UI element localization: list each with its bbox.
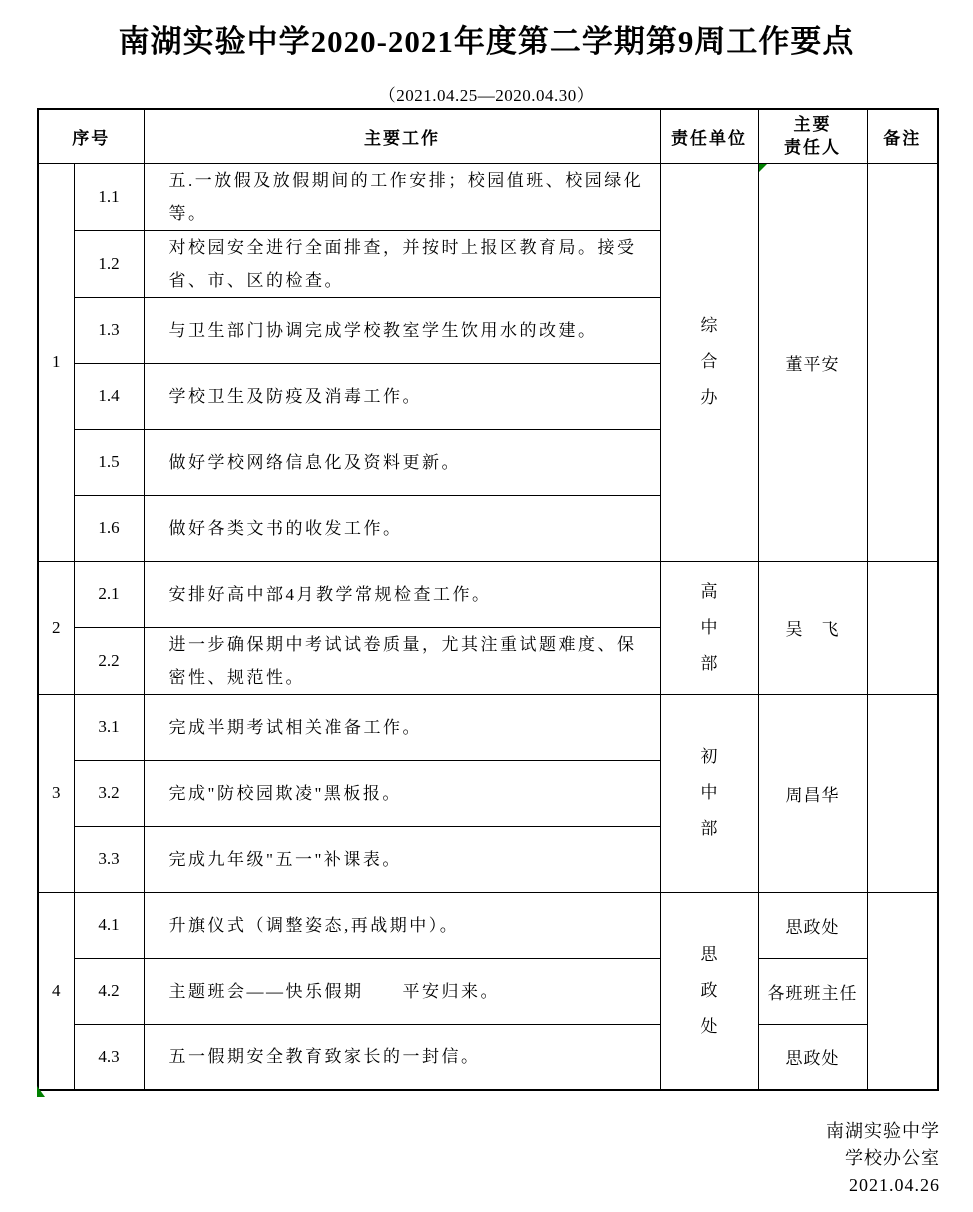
date-range: （2021.04.25—2020.04.30） <box>0 81 973 106</box>
row-number: 4.3 <box>74 1024 144 1090</box>
remark-cell-section-3 <box>867 694 938 892</box>
signature-org: 南湖实验中学 <box>826 1118 940 1145</box>
task-cell: 完成半期考试相关准备工作。 <box>144 694 660 760</box>
task-cell: 主题班会——快乐假期 平安归来。 <box>144 958 660 1024</box>
remark-cell-section-4 <box>867 892 938 1090</box>
header-main-work: 主要工作 <box>144 109 660 163</box>
section-1-number: 1 <box>38 163 74 561</box>
unit-cell-section-2: 高 中 部 <box>660 561 758 694</box>
person-cell-section-3: 周昌华 <box>758 694 867 892</box>
table-row: 1 1.1 五.一放假及放假期间的工作安排；校园值班、校园绿化等。 综 合 办 … <box>38 163 938 230</box>
task-cell: 完成九年级"五一"补课表。 <box>144 826 660 892</box>
task-cell: 对校园安全进行全面排查，并按时上报区教育局。接受省、市、区的检查。 <box>144 230 660 297</box>
task-cell: 进一步确保期中考试试卷质量，尤其注重试题难度、保密性、规范性。 <box>144 627 660 694</box>
header-responsible-unit: 责任单位 <box>660 109 758 163</box>
remark-cell-section-2 <box>867 561 938 694</box>
header-seq: 序号 <box>38 109 144 163</box>
signature-block: 南湖实验中学 学校办公室 2021.04.26 <box>826 1118 940 1199</box>
header-remark: 备注 <box>867 109 938 163</box>
row-number: 1.6 <box>74 495 144 561</box>
task-cell: 五一假期安全教育致家长的一封信。 <box>144 1024 660 1090</box>
header-row: 序号 主要工作 责任单位 主要 责任人 备注 <box>38 109 938 163</box>
page-title: 南湖实验中学2020-2021年度第二学期第9周工作要点 <box>0 16 973 61</box>
row-number: 3.1 <box>74 694 144 760</box>
row-number: 2.2 <box>74 627 144 694</box>
row-number: 1.2 <box>74 230 144 297</box>
person-cell: 思政处 <box>758 892 867 958</box>
header-responsible-person: 主要 责任人 <box>758 109 867 163</box>
unit-cell-section-4: 思 政 处 <box>660 892 758 1090</box>
row-number: 4.1 <box>74 892 144 958</box>
person-cell: 各班班主任 <box>758 958 867 1024</box>
unit-cell-section-3: 初 中 部 <box>660 694 758 892</box>
section-2-number: 2 <box>38 561 74 694</box>
unit-cell-section-1: 综 合 办 <box>660 163 758 561</box>
task-cell: 五.一放假及放假期间的工作安排；校园值班、校园绿化等。 <box>144 163 660 230</box>
task-cell: 升旗仪式（调整姿态,再战期中）。 <box>144 892 660 958</box>
task-cell: 做好各类文书的收发工作。 <box>144 495 660 561</box>
signature-dept: 学校办公室 <box>826 1145 940 1172</box>
row-number: 3.3 <box>74 826 144 892</box>
cell-flag-icon <box>759 164 768 173</box>
task-cell: 做好学校网络信息化及资料更新。 <box>144 429 660 495</box>
remark-cell-section-1 <box>867 163 938 561</box>
section-4-number: 4 <box>38 892 74 1090</box>
document-page: { "page": { "title": "南湖实验中学2020-2021年度第… <box>0 0 973 1212</box>
table-row: 3 3.1 完成半期考试相关准备工作。 初 中 部 周昌华 <box>38 694 938 760</box>
row-number: 2.1 <box>74 561 144 627</box>
task-cell: 与卫生部门协调完成学校教室学生饮用水的改建。 <box>144 297 660 363</box>
task-cell: 安排好高中部4月教学常规检查工作。 <box>144 561 660 627</box>
table-row: 4.2 主题班会——快乐假期 平安归来。 各班班主任 <box>38 958 938 1024</box>
section-3-number: 3 <box>38 694 74 892</box>
work-points-table: 序号 主要工作 责任单位 主要 责任人 备注 1 1.1 五.一放假及放假期间的… <box>37 108 939 1091</box>
person-cell-section-1: 董平安 <box>758 163 867 561</box>
table-row: 4 4.1 升旗仪式（调整姿态,再战期中）。 思 政 处 思政处 <box>38 892 938 958</box>
person-cell-section-2: 吴 飞 <box>758 561 867 694</box>
row-number: 1.3 <box>74 297 144 363</box>
row-number: 1.5 <box>74 429 144 495</box>
task-cell: 完成"防校园欺凌"黑板报。 <box>144 760 660 826</box>
row-number: 4.2 <box>74 958 144 1024</box>
table-row: 2 2.1 安排好高中部4月教学常规检查工作。 高 中 部 吴 飞 <box>38 561 938 627</box>
table-row: 4.3 五一假期安全教育致家长的一封信。 思政处 <box>38 1024 938 1090</box>
person-cell: 思政处 <box>758 1024 867 1090</box>
row-number: 1.1 <box>74 163 144 230</box>
row-number: 3.2 <box>74 760 144 826</box>
person-name: 董平安 <box>786 355 840 374</box>
row-number: 1.4 <box>74 363 144 429</box>
signature-date: 2021.04.26 <box>826 1172 940 1199</box>
task-cell: 学校卫生及防疫及消毒工作。 <box>144 363 660 429</box>
